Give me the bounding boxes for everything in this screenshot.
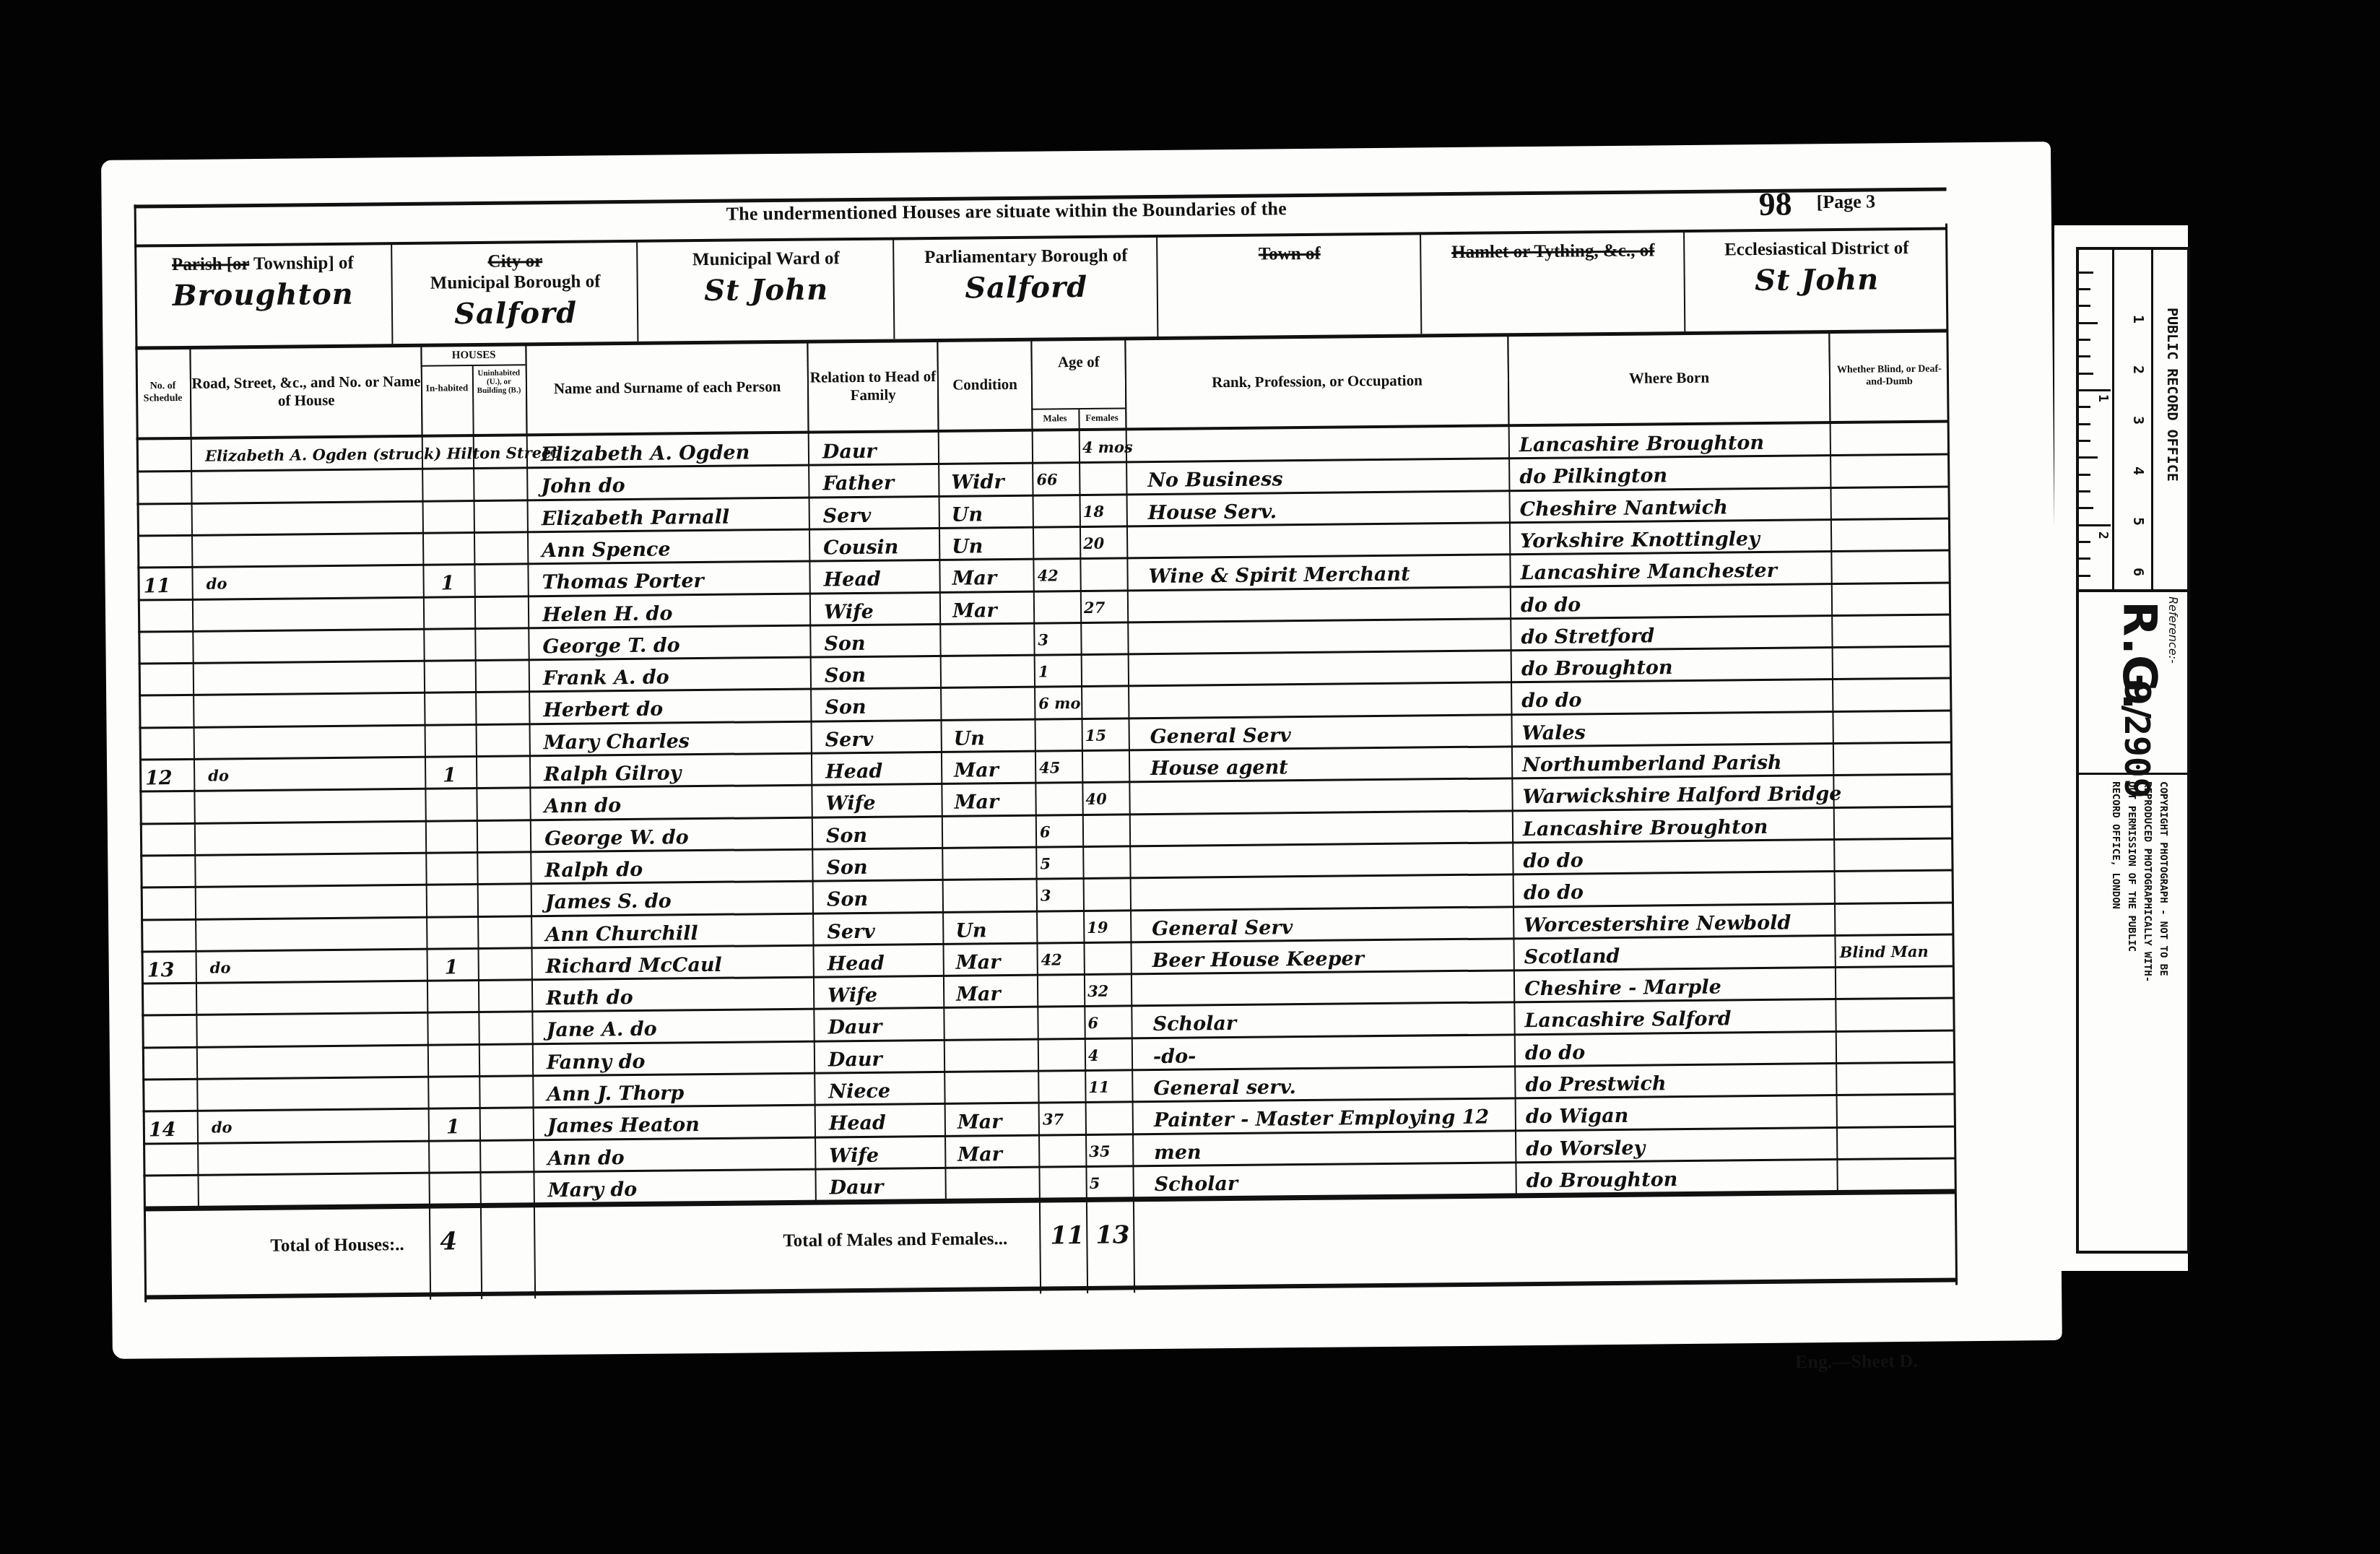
- name-cell: Ralph Gilroy: [544, 762, 682, 786]
- ruler-tick: [2079, 507, 2093, 509]
- where-born-cell: do do: [1525, 1041, 1585, 1064]
- relation-cell: Serv: [825, 728, 874, 751]
- relation-cell: Daur: [830, 1176, 884, 1199]
- females-age-cell: 6: [1087, 1014, 1098, 1032]
- col-males: Males: [1031, 412, 1078, 425]
- where-born-cell: Wales: [1522, 721, 1586, 745]
- relation-cell: Son: [825, 696, 866, 719]
- copyright-line-2: REPRODUCED PHOTOGRAPHICALLY WITH-: [2142, 781, 2153, 982]
- males-age-cell: 5: [1040, 854, 1051, 872]
- relation-cell: Father: [822, 472, 894, 495]
- where-born-cell: Yorkshire Knottingley: [1520, 528, 1760, 552]
- ruler-tick: [2079, 524, 2111, 526]
- total-persons-label: Total of Males and Females...: [783, 1229, 1007, 1251]
- relation-cell: Wife: [825, 792, 875, 815]
- name-cell: George T. do: [542, 634, 680, 658]
- name-cell: James S. do: [545, 890, 672, 914]
- relation-cell: Niece: [828, 1080, 890, 1103]
- col-infirmity: Whether Blind, or Deaf-and-Dumb: [1828, 331, 1949, 421]
- females-age-cell: 4: [1088, 1046, 1099, 1064]
- inch-number-2: 2: [2095, 531, 2111, 539]
- condition-cell: Mar: [956, 983, 1001, 1006]
- males-age-cell: 42: [1041, 950, 1062, 968]
- females-age-cell: 5: [1090, 1174, 1100, 1192]
- where-born-cell: do Broughton: [1526, 1168, 1678, 1192]
- males-age-cell: 6 mo: [1038, 694, 1080, 713]
- name-cell: Mary do: [548, 1178, 638, 1202]
- houses-label: HOUSES: [452, 349, 496, 363]
- name-cell: Fanny do: [547, 1051, 646, 1074]
- occupation-cell: Beer House Keeper: [1152, 947, 1365, 972]
- page-label: [Page 3: [1817, 191, 1876, 213]
- reference-divider: [2079, 773, 2187, 775]
- folio-number: 98: [1758, 185, 1792, 223]
- borough-box: City orMunicipal Borough of Salford: [391, 242, 638, 344]
- relation-cell: Wife: [829, 1144, 879, 1167]
- name-cell: Ann do: [547, 1147, 625, 1170]
- name-cell: Richard McCaul: [546, 954, 722, 978]
- col-name: Name and Surname of each Person: [525, 343, 808, 434]
- road-cell: do: [210, 958, 231, 976]
- scale-number-1: 1: [2130, 315, 2147, 324]
- females-age-cell: 20: [1083, 534, 1104, 552]
- scale-number-5: 5: [2130, 517, 2147, 526]
- condition-cell: Mar: [952, 567, 996, 590]
- col-inhabited: In-habited: [422, 382, 472, 394]
- occupation-cell: Wine & Spirit Merchant: [1148, 563, 1410, 588]
- hamlet-struck-label: Hamlet or Tything, &c., of: [1421, 240, 1685, 264]
- females-age-cell: 19: [1087, 918, 1108, 936]
- name-cell: Frank A. do: [543, 667, 669, 690]
- where-born-cell: do do: [1523, 849, 1583, 872]
- name-cell: Herbert do: [543, 698, 663, 722]
- relation-cell: Daur: [822, 440, 877, 464]
- condition-cell: Un: [952, 535, 983, 557]
- name-cell: Ann Churchill: [545, 922, 698, 946]
- condition-cell: Un: [955, 919, 986, 942]
- where-born-cell: Worcestershire Newbold: [1524, 911, 1791, 937]
- occupation-cell: General Serv: [1150, 724, 1291, 748]
- scale-number-6: 6: [2130, 568, 2147, 576]
- occupation-cell: No Business: [1147, 469, 1283, 492]
- hamlet-box: Hamlet or Tything, &c., of: [1420, 232, 1685, 334]
- ecclesiastical-box: Ecclesiastical District of St John: [1683, 229, 1949, 331]
- occupation-cell: Scholar: [1152, 1012, 1236, 1036]
- condition-cell: Mar: [956, 951, 1001, 974]
- col-condition: Condition: [937, 341, 1032, 430]
- relation-cell: Daur: [828, 1016, 882, 1039]
- copyright-line-3: OUT PERMISSION OF THE PUBLIC: [2126, 781, 2137, 952]
- col-occupation: Rank, Profession, or Occupation: [1124, 336, 1508, 427]
- relation-cell: Wife: [828, 984, 877, 1007]
- females-age-cell: 11: [1088, 1078, 1109, 1096]
- relation-cell: Head: [829, 1112, 886, 1135]
- ruler-tick: [2079, 541, 2090, 543]
- females-age-cell: 18: [1083, 502, 1104, 520]
- inhabited-cell: 1: [443, 764, 456, 786]
- occupation-cell: -do-: [1153, 1045, 1196, 1068]
- name-cell: John do: [541, 474, 625, 498]
- ruler-tick: [2079, 575, 2090, 577]
- inhabited-cell: 1: [446, 1116, 460, 1139]
- relation-cell: Serv: [823, 504, 872, 527]
- males-age-cell: 37: [1043, 1111, 1064, 1129]
- schedule-cell: 14: [149, 1119, 176, 1141]
- schedule-cell: 13: [147, 959, 175, 981]
- occupation-cell: General Serv: [1152, 916, 1293, 940]
- females-age-cell: 27: [1084, 598, 1105, 616]
- ruler-divider: [2151, 250, 2153, 589]
- occupation-cell: Painter - Master Employing 12: [1154, 1106, 1490, 1132]
- males-age-cell: 3: [1038, 630, 1048, 648]
- females-age-cell: 35: [1089, 1142, 1110, 1160]
- schedule-cell: 11: [144, 575, 171, 597]
- ruler-tick: [2079, 557, 2090, 560]
- ruler-tick: [2079, 373, 2093, 375]
- relation-cell: Head: [825, 760, 882, 783]
- where-born-cell: Warwickshire Halford Bridge: [1522, 783, 1841, 808]
- where-born-cell: Lancashire Manchester: [1520, 560, 1777, 584]
- col-relation: Relation to Head of Family: [807, 342, 938, 431]
- name-cell: Elizabeth A. Ogden: [541, 441, 750, 466]
- copyright-line-1: COPYRIGHT PHOTOGRAPH - NOT TO BE: [2158, 781, 2169, 976]
- township-label: Township] of: [253, 253, 354, 274]
- ecclesiastical-value: St John: [1685, 261, 1948, 298]
- name-cell: Ruth do: [546, 986, 633, 1010]
- ruler-tick: [2079, 406, 2090, 408]
- road-cell: do: [212, 1119, 233, 1137]
- name-cell: Ralph do: [544, 859, 643, 882]
- town-struck-label: Town of: [1158, 243, 1421, 266]
- where-born-cell: Lancashire Broughton: [1519, 432, 1765, 456]
- ruler-tick: [2079, 322, 2098, 324]
- condition-cell: Un: [954, 727, 985, 750]
- name-cell: George W. do: [544, 826, 689, 850]
- name-cell: Ann J. Thorp: [547, 1082, 684, 1106]
- ecclesiastical-label: Ecclesiastical District of: [1685, 238, 1948, 261]
- where-born-cell: do Prestwich: [1525, 1072, 1667, 1096]
- males-age-cell: 42: [1037, 566, 1058, 584]
- total-females-value: 13: [1095, 1220, 1130, 1249]
- borough-label: Municipal Borough of: [393, 272, 638, 295]
- name-cell: Mary Charles: [544, 730, 690, 754]
- males-age-cell: 6: [1040, 822, 1051, 841]
- parliamentary-value: Salford: [895, 269, 1158, 306]
- males-age-cell: 1: [1038, 663, 1049, 681]
- schedule-cell: 12: [145, 767, 173, 789]
- col-road: Road, Street, &c., and No. or Name of Ho…: [190, 347, 422, 437]
- infirmity-cell: Blind Man: [1840, 942, 1929, 961]
- condition-cell: Mar: [952, 599, 997, 622]
- where-born-cell: do do: [1521, 594, 1581, 617]
- occupation-cell: men: [1154, 1141, 1202, 1164]
- ruler-tick: [2079, 474, 2090, 476]
- condition-cell: Un: [952, 503, 983, 526]
- borough-value: Salford: [393, 295, 638, 331]
- where-born-cell: Lancashire Broughton: [1523, 815, 1768, 840]
- ruler-tick: [2079, 423, 2090, 425]
- relation-cell: Serv: [827, 920, 875, 943]
- road-cell: do: [208, 766, 229, 784]
- name-cell: Helen H. do: [542, 602, 673, 626]
- census-page: The undermentioned Houses are situate wi…: [101, 142, 2062, 1359]
- road-cell: do: [207, 575, 227, 593]
- census-form: The undermentioned Houses are situate wi…: [134, 187, 1957, 1302]
- relation-cell: Son: [827, 888, 868, 911]
- scale-ruler: PUBLIC RECORD OFFICE 1 2 3 4 5 6 1 2: [2076, 247, 2190, 592]
- relation-cell: Son: [826, 856, 867, 880]
- sheet-label: Eng.—Sheet D.: [1795, 1350, 1918, 1373]
- ward-label: Municipal Ward of: [638, 248, 894, 271]
- ruler-tick: [2079, 355, 2090, 357]
- col-uninhabited: Uninhabited (U.), or Building (B.): [473, 368, 525, 395]
- name-cell: James Heaton: [547, 1114, 700, 1137]
- males-age-cell: 45: [1039, 758, 1060, 776]
- ruler-tick: [2079, 339, 2090, 341]
- township-box: Parish [or Township] of Broughton: [134, 244, 391, 346]
- ward-value: St John: [638, 272, 895, 308]
- inhabited-cell: 1: [445, 956, 459, 978]
- reference-box: Reference:- R.G. 9/ 2909 COPYRIGHT PHOTO…: [2076, 586, 2190, 1254]
- relation-cell: Daur: [828, 1048, 882, 1071]
- condition-cell: Mar: [954, 759, 999, 782]
- parliamentary-label: Parliamentary Borough of: [894, 246, 1158, 269]
- township-value: Broughton: [135, 277, 391, 313]
- relation-cell: Son: [826, 824, 867, 847]
- road-cell: Elizabeth A. Ogden (struck) Hilton Stree…: [205, 443, 558, 465]
- where-born-cell: do Worsley: [1526, 1137, 1645, 1160]
- condition-cell: Widr: [951, 471, 1004, 494]
- header-title: The undermentioned Houses are situate wi…: [726, 198, 1287, 225]
- totals-bottom-rule: [144, 1277, 1957, 1299]
- where-born-cell: Scotland: [1524, 945, 1620, 968]
- reference-card: PUBLIC RECORD OFFICE 1 2 3 4 5 6 1 2 Ref…: [2054, 225, 2188, 1271]
- name-cell: Elizabeth Parnall: [542, 505, 730, 529]
- condition-cell: Mar: [957, 1111, 1002, 1134]
- occupation-cell: House Serv.: [1148, 500, 1277, 524]
- ruler-tick: [2079, 440, 2090, 442]
- females-age-cell: 32: [1087, 982, 1108, 1000]
- ruler-tick: [2079, 288, 2090, 290]
- relation-cell: Son: [825, 664, 866, 687]
- where-born-cell: Northumberland Parish: [1522, 752, 1782, 776]
- col-females: Females: [1078, 412, 1125, 424]
- relation-cell: Son: [824, 633, 865, 656]
- females-age-cell: 40: [1085, 790, 1106, 808]
- scale-number-4: 4: [2130, 466, 2147, 475]
- scale-number-3: 3: [2130, 416, 2147, 425]
- total-houses-value: 4: [440, 1227, 457, 1256]
- name-cell: Ann Spence: [542, 538, 671, 562]
- where-born-cell: do Pilkington: [1519, 464, 1667, 488]
- relation-cell: Wife: [824, 600, 874, 623]
- parish-struck-label: Parish [or: [172, 254, 249, 274]
- ruler-tick: [2079, 272, 2093, 274]
- relation-cell: Head: [823, 568, 880, 591]
- ruler-divider: [2112, 250, 2114, 589]
- where-born-cell: Cheshire - Marple: [1524, 976, 1721, 1001]
- where-born-cell: do Broughton: [1521, 656, 1673, 680]
- name-cell: Thomas Porter: [542, 570, 703, 594]
- ward-box: Municipal Ward of St John: [636, 239, 895, 341]
- col-schedule: No. of Schedule: [136, 349, 191, 438]
- copyright-line-4: RECORD OFFICE, LONDON: [2110, 781, 2121, 909]
- name-cell: Ann do: [544, 794, 621, 817]
- occupation-cell: Scholar: [1155, 1173, 1238, 1196]
- reference-label: Reference:-: [2166, 596, 2180, 664]
- females-age-cell: 15: [1085, 726, 1106, 744]
- relation-cell: Head: [828, 952, 885, 975]
- relation-cell: Cousin: [823, 536, 899, 559]
- males-age-cell: 66: [1036, 471, 1057, 489]
- occupation-cell: House agent: [1150, 756, 1288, 780]
- piece-code: 9/: [2116, 680, 2158, 719]
- office-label: PUBLIC RECORD OFFICE: [2164, 308, 2181, 482]
- where-born-cell: do do: [1521, 690, 1581, 713]
- condition-cell: Mar: [954, 791, 999, 814]
- ruler-tick: [2079, 490, 2090, 492]
- col-where-born: Where Born: [1507, 333, 1830, 424]
- males-age-cell: 3: [1041, 887, 1051, 905]
- where-born-cell: Lancashire Salford: [1524, 1008, 1731, 1033]
- total-males-value: 11: [1050, 1221, 1085, 1250]
- parliamentary-box: Parliamentary Borough of Salford: [892, 237, 1158, 339]
- ruler-tick: [2079, 389, 2111, 391]
- females-age-cell: 4 mos: [1082, 438, 1133, 456]
- city-struck-label: City or: [392, 251, 638, 274]
- total-houses-label: Total of Houses:..: [270, 1235, 404, 1256]
- occupation-cell: General serv.: [1153, 1076, 1296, 1100]
- condition-cell: Mar: [957, 1143, 1002, 1166]
- ruler-tick: [2079, 456, 2098, 459]
- where-born-cell: do Stretford: [1521, 625, 1654, 648]
- where-born-cell: Cheshire Nantwich: [1520, 496, 1728, 521]
- where-born-cell: do do: [1524, 882, 1584, 905]
- name-cell: Jane A. do: [546, 1018, 656, 1041]
- town-box: Town of: [1156, 234, 1422, 337]
- inch-number-1: 1: [2095, 394, 2111, 402]
- ruler-tick: [2079, 305, 2090, 307]
- scale-number-2: 2: [2130, 365, 2147, 374]
- inhabited-cell: 1: [440, 573, 454, 595]
- where-born-cell: do Wigan: [1526, 1105, 1629, 1128]
